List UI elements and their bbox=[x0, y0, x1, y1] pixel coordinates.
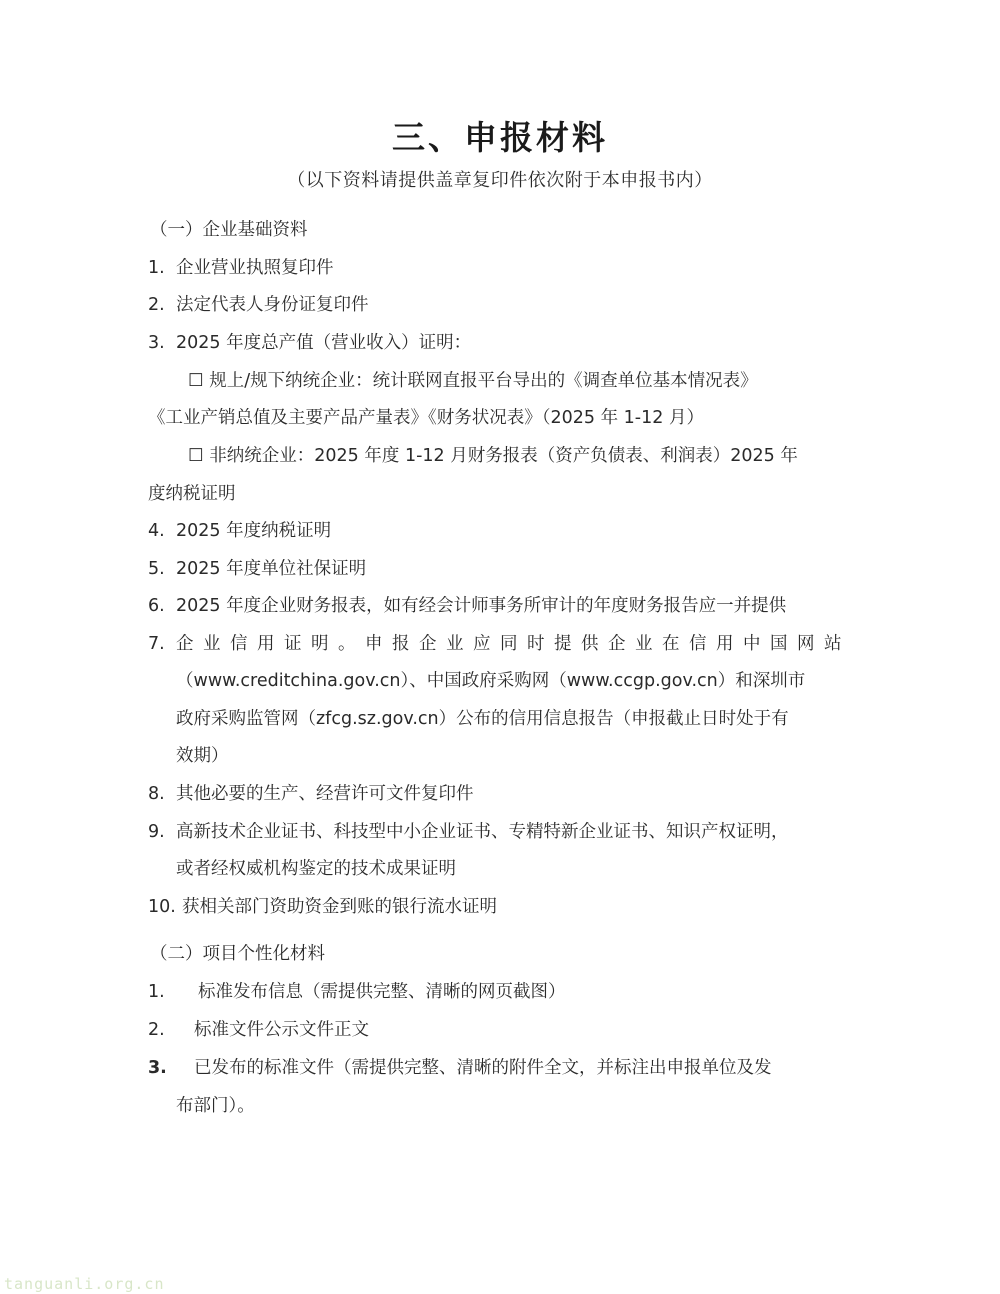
list-item-cont: 政府采购监管网（zfcg.sz.gov.cn）公布的信用信息报告（申报截止日时处… bbox=[176, 705, 789, 730]
list-item: 1.标准发布信息（需提供完整、清晰的网页截图） bbox=[148, 978, 566, 1003]
list-item: 9.高新技术企业证书、科技型中小企业证书、专精特新企业证书、知识产权证明， bbox=[148, 818, 789, 843]
list-item-cont: （www.creditchina.gov.cn）、中国政府采购网（www.ccg… bbox=[176, 667, 805, 692]
list-item: 4.2025 年度纳税证明 bbox=[148, 517, 331, 542]
list-item-cont: 效期） bbox=[176, 742, 229, 767]
section-heading-basic: （一）企业基础资料 bbox=[150, 216, 308, 241]
page-title: 三、申报材料 bbox=[0, 112, 1000, 159]
list-item: 3.2025 年度总产值（营业收入）证明： bbox=[148, 329, 471, 354]
list-item: 3.已发布的标准文件（需提供完整、清晰的附件全文，并标注出申报单位及发 bbox=[148, 1054, 772, 1079]
section-heading-project: （二）项目个性化材料 bbox=[150, 940, 325, 965]
list-item: 6.2025 年度企业财务报表，如有经会计师事务所审计的年度财务报告应一并提供 bbox=[148, 592, 786, 617]
list-item: 8.其他必要的生产、经营许可文件复印件 bbox=[148, 780, 474, 805]
list-item-cont: 或者经权威机构鉴定的技术成果证明 bbox=[176, 855, 456, 880]
watermark: tanguanli.org.cn bbox=[4, 1275, 165, 1293]
list-item: 2.标准文件公示文件正文 bbox=[148, 1016, 369, 1041]
checkbox-icon[interactable]: ☐ bbox=[188, 446, 204, 466]
list-item: 2.法定代表人身份证复印件 bbox=[148, 291, 369, 316]
checkbox-icon[interactable]: ☐ bbox=[188, 371, 204, 391]
document-page: 三、申报材料 （以下资料请提供盖章复印件依次附于本申报书内） （一）企业基础资料… bbox=[0, 0, 1000, 1294]
list-item: 1.企业营业执照复印件 bbox=[148, 254, 334, 279]
sub-item-nonstatistical-cont: 度纳税证明 bbox=[148, 480, 236, 505]
sub-item-statistical-cont: 《工业产销总值及主要产品产量表》《财务状况表》（2025 年 1-12 月） bbox=[148, 404, 704, 429]
list-item: 5.2025 年度单位社保证明 bbox=[148, 555, 366, 580]
list-item: 10.获相关部门资助资金到账的银行流水证明 bbox=[148, 893, 497, 918]
sub-item-nonstatistical: ☐ 非纳统企业：2025 年度 1-12 月财务报表（资产负债表、利润表）202… bbox=[188, 442, 798, 467]
list-item-cont: 布部门）。 bbox=[176, 1092, 255, 1117]
page-subtitle: （以下资料请提供盖章复印件依次附于本申报书内） bbox=[0, 166, 1000, 192]
sub-item-statistical: ☐ 规上/规下纳统企业：统计联网直报平台导出的《调查单位基本情况表》 bbox=[188, 367, 758, 392]
list-item: 7.企业信用证明。申报企业应同时提供企业在信用中国网站 bbox=[148, 630, 854, 655]
